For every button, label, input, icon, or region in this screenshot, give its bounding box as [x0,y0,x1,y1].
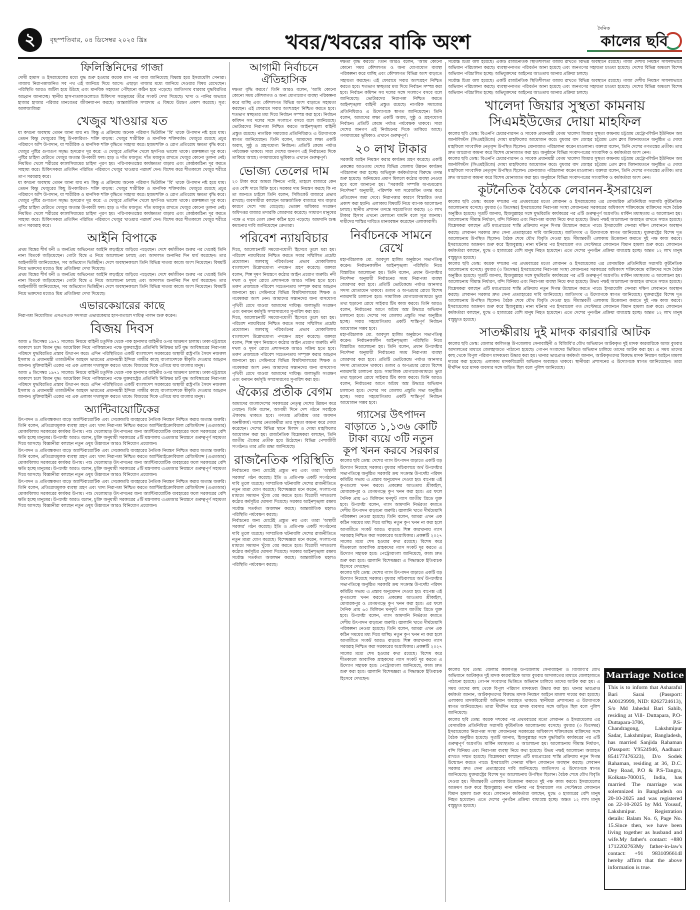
article-body: দক্ষতা বৃদ্ধি করবে।' তিনি আরও বলেন, 'আমি… [232,88,336,162]
article-headline: ঐক্যের প্রতীক বেগম [232,386,336,400]
article-body: সরকারি আইন নিয়ন্ত্রণ করার কার্যক্রম গ্র… [340,158,442,226]
article: অ্যান্টিবায়োটিকের উৎপাদন ও প্রতিবন্ধকতা… [18,404,226,511]
article-body: উৎপাদন ও প্রতিবন্ধকতা বাড়ে অ্যান্টিবায়… [18,480,226,511]
article: সর্বোচ্চ চিত্রা বলা হয়েছে। একটি রাজনৈতি… [448,60,682,97]
article-body: ২০ টাকা করে আমরা কিনতে পারি, তাহলে বাজার… [232,180,336,230]
article: রাজনৈতিক পরিস্থিতি নির্বাচনের জন্য মোটেই… [232,454,336,569]
column-divider [229,62,230,902]
article-body: উৎপাদন ও প্রতিবন্ধকতা বাড়ে অ্যান্টিবায়… [18,449,226,480]
article-body: নিরাপত্তা নিয়োজিত এসএসএফ সদস্যরা এভারকে… [18,314,226,320]
publication-date: বৃহস্পতিবার, ০৪ ডিসেম্বর ২০২৫ খ্রিঃ [50,35,147,46]
page-number-badge: ২ [18,28,42,52]
article-body: সর্বোচ্চ চিত্রা বলা হয়েছে। একটি রাজনৈতি… [448,79,682,98]
article-body: দোষী হামাস ও ইসরায়েলের মধ্যে যুদ্ধ শুরু… [18,76,226,113]
marriage-notice-body: This is to inform that Asharaful Bari Sa… [605,683,685,873]
article-body: কালের ছবি ডেস্ক: বিএনপি চেয়ারপারসন ও সা… [448,157,682,182]
article-headline: ফিলিস্তিনিদের গাজা [18,62,226,74]
article: আগামী নির্বাচনে ঐতিহাসিক দক্ষতা বৃদ্ধি ক… [232,62,336,163]
article-headline: ২০ লাখ টাকার [340,143,442,157]
column-divider [445,62,446,902]
article-body: কালের ছবি ডেস্ক: বিএনপি চেয়ারপারসন ও সা… [448,132,682,157]
column-2a: আগামী নির্বাচনে ঐতিহাসিক দক্ষতা বৃদ্ধি ক… [232,60,336,910]
article-body: যা কখনো অবস্থায় তেমন জানা যায় না। কিন্… [18,131,226,181]
marriage-notice-box: Marriage Notice This is to inform that A… [604,668,686,890]
masthead-divider [18,57,682,59]
article: ২০ লাখ টাকার সরকারি আইন নিয়ন্ত্রণ করার … [340,143,442,227]
article-headline: গ্যাসের উৎপাদন বাড়াতে ১,১৩৬ কোটি টাকা ব… [340,409,442,457]
article-body: কালের ছবি ডেস্ক: কয়েক দশকের পর প্রথমবার… [448,718,600,811]
article-body: মহাপরিচালক মো. আবদুল হালিম অনুষ্ঠানে সভা… [340,258,442,332]
article-headline: সাতক্ষীরায় দুই মাদক কারবারি আটক [448,326,682,340]
article: বিজয় দিবস আজ ৪ ডিসেম্বর ১৯৭১ সালের। নিয… [18,322,226,402]
article: পরিবেশ ন্যায়বিচার দিয়ে, আলোচনাটি সময়ো… [232,232,336,384]
article: গ্যাসের উৎপাদন বাড়াতে ১,১৩৬ কোটি টাকা ব… [340,409,442,683]
article-headline: আইনি বিপাকে [18,232,226,246]
masthead: ২ বৃহস্পতিবার, ০৪ ডিসেম্বর ২০২৫ খ্রিঃ খব… [18,28,682,54]
article-headline: বিজয় দিবস [18,322,226,338]
article-headline: খেজুর খাওয়ার যত [18,115,226,129]
newspaper-page: ২ বৃহস্পতিবার, ০৪ ডিসেম্বর ২০২৫ খ্রিঃ খব… [0,0,700,910]
article: খেজুর খাওয়ার যত যা কখনো অবস্থায় তেমন জ… [18,115,226,230]
article: আইনি বিপাকে প্রথম বিশ্বের শীর্ষ ধনী ও জন… [18,232,226,297]
article: কূটনৈতিক বৈঠকে লেবানন-ইসরায়েল কালের ছবি… [448,184,682,324]
article: এভারকেয়ারের কাছে নিরাপত্তা নিয়োজিত এসএ… [18,300,226,320]
article-body: আজ ৪ ডিসেম্বর ১৯৭১ সালের। নিয়মে বাহিনী … [18,371,226,402]
article-headline: এভারকেয়ারের কাছে [18,300,226,312]
article-body: মহাপরিচালক মো. আবদুল হালিম অনুষ্ঠানে সভা… [340,333,442,407]
article-body: দক্ষতা বৃদ্ধি করবে।' তিনি আরও বলেন, 'আমি… [340,60,442,141]
article-body: কালের ছবি ডেস্ক: জেলার কালিগঞ্জ উপজেলায়… [448,668,600,718]
article: ভোজ্য তেলের দাম ২০ টাকা করে আমরা কিনতে প… [232,165,336,230]
article-headline: ভোজ্য তেলের দাম [232,165,336,179]
checkmark-logo-icon [664,32,682,50]
article: খালেদা জিয়ার সুস্থতা কামনায় সিএমইউজের … [448,99,682,182]
article: ফিলিস্তিনিদের গাজা দোষী হামাস ও ইসরায়েল… [18,62,226,113]
article-body: প্রথম বিশ্বের শীর্ষ ধনী ও জনপ্রিয় অভিনে… [18,273,226,298]
column-3-bottom: কালের ছবি ডেস্ক: জেলার কালিগঞ্জ উপজেলায়… [448,668,600,898]
article-headline: কূটনৈতিক বৈঠকে লেবানন-ইসরায়েল [448,184,682,198]
article-headline: পরিবেশ ন্যায়বিচার [232,232,336,246]
article: নির্বাচনকে সামনে রেখে মহাপরিচালক মো. আবদ… [340,229,442,407]
article-headline: নির্বাচনকে সামনে রেখে [340,229,442,257]
article-headline: রাজনৈতিক পরিস্থিতি [232,454,336,468]
article-body: কালের ছবি ডেস্ক: জেলার কালিগঞ্জ উপজেলায়… [448,342,682,373]
article: ঐক্যের প্রতীক বেগম আমাদের বাংলাদেশের সবক… [232,386,336,451]
article-body: দিয়ে, আলোচনাটি সময়োপযোগী হিসেবে তুলে ধ… [232,316,336,384]
article-body: আজ ৪ ডিসেম্বর ১৯৭১ সালের। নিয়মে বাহিনী … [18,340,226,371]
article-headline: অ্যান্টিবায়োটিকের [18,404,226,416]
article-body: উৎপাদন ও প্রতিবন্ধকতা বাড়ে অ্যান্টিবায়… [18,418,226,449]
article-body: দিয়ে, আলোচনাটি সময়োপযোগী হিসেবে তুলে ধ… [232,248,336,316]
article-body: প্রথম বিশ্বের শীর্ষ ধনী ও জনপ্রিয় অভিনে… [18,248,226,273]
column-1: ফিলিস্তিনিদের গাজা দোষী হামাস ও ইসরায়েল… [18,60,226,910]
article-body: কালের ছবি ডেস্ক: কয়েক দশকের পর প্রথমবার… [448,262,682,324]
article: সাতক্ষীরায় দুই মাদক কারবারি আটক কালের ছ… [448,326,682,373]
marriage-notice-title: Marriage Notice [605,669,685,683]
column-2b: দক্ষতা বৃদ্ধি করবে।' তিনি আরও বলেন, 'আমি… [340,60,442,910]
logo-underline [587,50,682,52]
article-body: কালের ছবি ডেস্ক: দেশের গ্যাস উৎপাদন বাড়… [340,459,442,571]
article-body: যা কখনো অবস্থায় তেমন জানা যায় না। কিন্… [18,181,226,231]
article-headline: আগামী নির্বাচনে ঐতিহাসিক [232,62,336,86]
article-headline: খালেদা জিয়ার সুস্থতা কামনায় সিএমইউজের … [448,99,682,130]
article-body: নির্বাচনের জন্য মোটেই প্রস্তুত নয় এবং ত… [232,469,336,519]
article-body: আমাদের বাংলাদেশের সবকারের নেতৃত্ব দেশের … [232,402,336,452]
newspaper-logo: দৈনিক কালের ছবি [582,28,682,54]
article-body: সর্বোচ্চ চিত্রা বলা হয়েছে। একটি রাজনৈতি… [448,60,682,79]
article-body: নির্বাচনের জন্য মোটেই প্রস্তুত নয় এবং ত… [232,519,336,569]
article-body: কালের ছবি ডেস্ক: দেশের গ্যাস উৎপাদন বাড়… [340,571,442,683]
article-body: কালের ছবি ডেস্ক: কয়েক দশকের পর প্রথমবার… [448,200,682,262]
column-3: সর্বোচ্চ চিত্রা বলা হয়েছে। একটি রাজনৈতি… [448,60,682,666]
